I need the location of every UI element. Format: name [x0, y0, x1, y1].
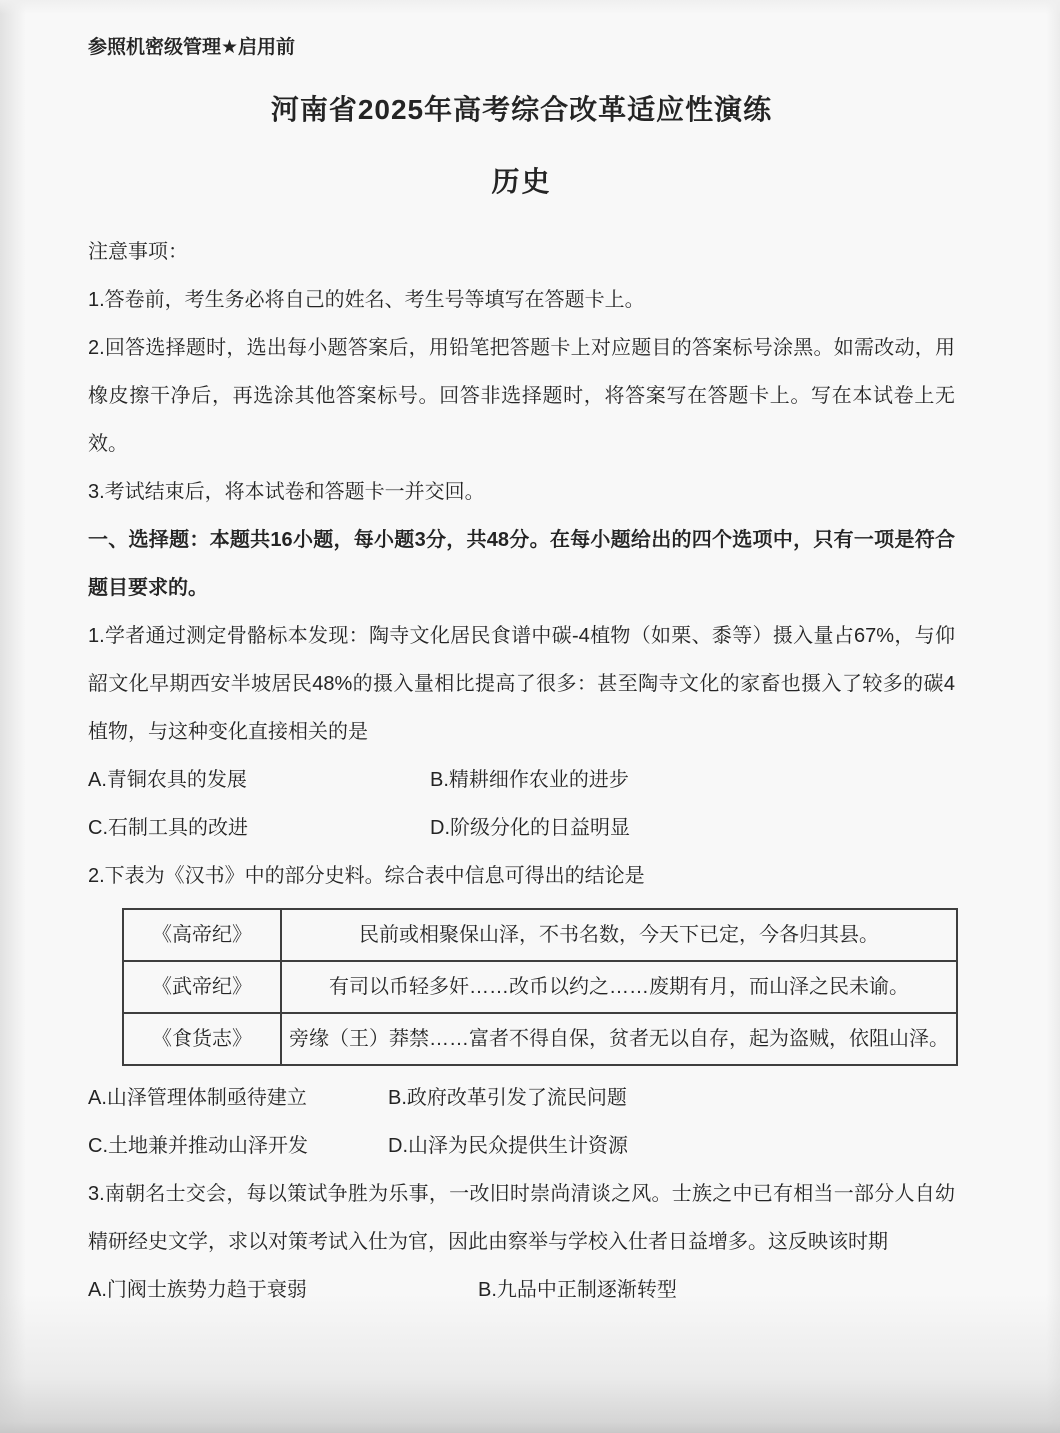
question-3-stem: 3.南朝名士交会，每以策试争胜为乐事，一改旧时崇尚清谈之风。士族之中已有相当一部…	[88, 1170, 955, 1266]
question-1-options-cd: C.石制工具的改进 D.阶级分化的日益明显	[88, 804, 955, 852]
question-1-option-a: A.青铜农具的发展	[88, 756, 430, 804]
notice-item-3: 3.考试结束后，将本试卷和答题卡一并交回。	[88, 468, 955, 516]
page-content: 参照机密级管理★启用前 河南省2025年高考综合改革适应性演练 历史 注意事项：…	[0, 0, 1060, 1314]
question-1: 1.学者通过测定骨骼标本发现：陶寺文化居民食谱中碳-4植物（如栗、黍等）摄入量占…	[88, 612, 955, 852]
question-1-stem: 1.学者通过测定骨骼标本发现：陶寺文化居民食谱中碳-4植物（如栗、黍等）摄入量占…	[88, 612, 955, 756]
question-3: 3.南朝名士交会，每以策试争胜为乐事，一改旧时崇尚清谈之风。士族之中已有相当一部…	[88, 1170, 955, 1314]
table-row-2-content: 有司以币轻多奸……改币以约之……废期有月，而山泽之民未谕。	[281, 961, 957, 1013]
table-row-3-content: 旁缘（王）莽禁……富者不得自保，贫者无以自存，起为盗贼，依阻山泽。	[281, 1013, 957, 1065]
section-heading: 一、选择题：本题共16小题，每小题3分，共48分。在每小题给出的四个选项中，只有…	[88, 516, 955, 612]
question-2-options-cd: C.土地兼并推动山泽开发 D.山泽为民众提供生计资源	[88, 1122, 955, 1170]
hanshu-source-table: 《高帝纪》 民前或相聚保山泽，不书名数，今天下已定，今各归其县。 《武帝纪》 有…	[122, 908, 958, 1066]
question-2-stem: 2.下表为《汉书》中的部分史料。综合表中信息可得出的结论是	[88, 852, 955, 900]
question-2: 2.下表为《汉书》中的部分史料。综合表中信息可得出的结论是 《高帝纪》 民前或相…	[88, 852, 955, 1170]
page-title: 河南省2025年高考综合改革适应性演练	[88, 90, 955, 130]
notice-section: 注意事项： 1.答卷前，考生务必将自己的姓名、考生号等填写在答题卡上。 2.回答…	[88, 228, 955, 516]
table-row: 《食货志》 旁缘（王）莽禁……富者不得自保，贫者无以自存，起为盗贼，依阻山泽。	[123, 1013, 957, 1065]
table-row-3-source: 《食货志》	[123, 1013, 281, 1065]
question-1-option-c: C.石制工具的改进	[88, 804, 430, 852]
table-row: 《高帝纪》 民前或相聚保山泽，不书名数，今天下已定，今各归其县。	[123, 909, 957, 961]
question-3-options-ab: A.门阀士族势力趋于衰弱 B.九品中正制逐渐转型	[88, 1266, 955, 1314]
page-bottom-shadow	[0, 1293, 1060, 1433]
table-row-1-content: 民前或相聚保山泽，不书名数，今天下已定，今各归其县。	[281, 909, 957, 961]
question-2-option-d: D.山泽为民众提供生计资源	[388, 1122, 628, 1170]
table-row-2-source: 《武帝纪》	[123, 961, 281, 1013]
question-1-option-d: D.阶级分化的日益明显	[430, 804, 630, 852]
question-3-option-b: B.九品中正制逐渐转型	[478, 1266, 677, 1314]
question-3-option-a: A.门阀士族势力趋于衰弱	[88, 1266, 478, 1314]
question-2-option-c: C.土地兼并推动山泽开发	[88, 1122, 388, 1170]
exam-paper-page: { "header": { "security_notice": "参照机密级管…	[0, 0, 1060, 1433]
subject-title: 历史	[88, 162, 955, 202]
section-1: 一、选择题：本题共16小题，每小题3分，共48分。在每小题给出的四个选项中，只有…	[88, 516, 955, 612]
table-row: 《武帝纪》 有司以币轻多奸……改币以约之……废期有月，而山泽之民未谕。	[123, 961, 957, 1013]
table-row-1-source: 《高帝纪》	[123, 909, 281, 961]
question-1-option-b: B.精耕细作农业的进步	[430, 756, 629, 804]
notice-item-1: 1.答卷前，考生务必将自己的姓名、考生号等填写在答题卡上。	[88, 276, 955, 324]
question-2-option-a: A.山泽管理体制亟待建立	[88, 1074, 388, 1122]
question-2-options-ab: A.山泽管理体制亟待建立 B.政府改革引发了流民问题	[88, 1074, 955, 1122]
question-2-option-b: B.政府改革引发了流民问题	[388, 1074, 627, 1122]
security-notice: 参照机密级管理★启用前	[88, 34, 955, 62]
notice-heading: 注意事项：	[88, 228, 955, 276]
notice-item-2: 2.回答选择题时，选出每小题答案后，用铅笔把答题卡上对应题目的答案标号涂黑。如需…	[88, 324, 955, 468]
question-1-options-ab: A.青铜农具的发展 B.精耕细作农业的进步	[88, 756, 955, 804]
